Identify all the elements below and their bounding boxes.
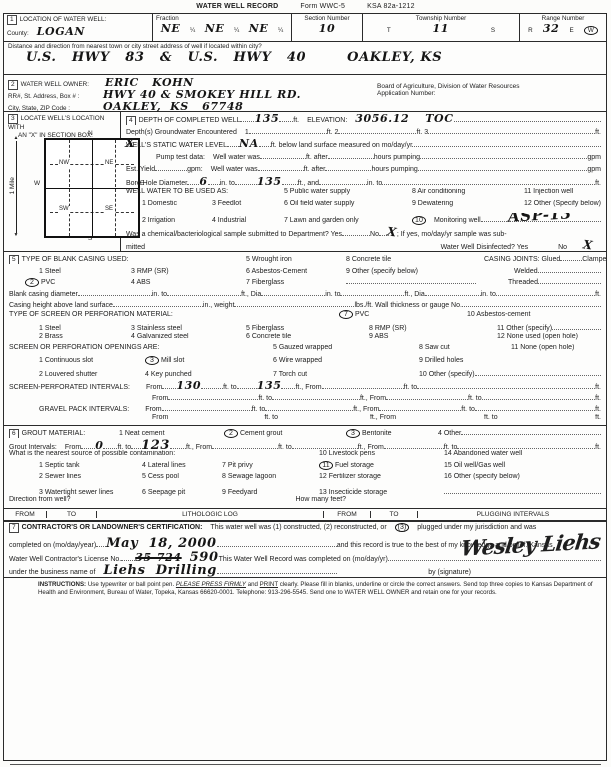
screen-option-5: 5 Fiberglass [246, 325, 369, 332]
range-value: 32 [543, 22, 560, 35]
contam-option-14: 14 Abandoned water well [444, 450, 522, 457]
casing-option-7: 7 Fiberglass [246, 279, 346, 286]
casing-diameter-label: Blank casing diameter [9, 291, 78, 298]
use-option-1: 1 Domestic [142, 200, 212, 207]
instructions-text-2: clearly. Please fill in blanks, underlin… [280, 581, 586, 588]
static-level-rest: ft. below land surface measured on mo/da… [271, 142, 413, 149]
quadrant-sw-label: SW [58, 206, 70, 214]
screen-interval-to-value: 135 [257, 379, 282, 391]
screen-option-1: 1 Steel [39, 325, 131, 332]
header-from: FROM [4, 511, 47, 518]
opening-option-7: 7 Torch cut [273, 371, 419, 378]
instructions-print-word: PRINT [260, 581, 278, 588]
grout-option-3-circled: 3 [346, 429, 360, 438]
elevation-toc: TOC [425, 112, 453, 125]
opening-option-1: 1 Continuous slot [39, 357, 145, 364]
cert-completed-on-label: completed on (mo/day/year) [9, 542, 96, 549]
spi2-ftfrom-word: ft., From [360, 395, 386, 402]
diam-into-1: in. to [152, 291, 167, 298]
quadrant-se-label: SE [104, 206, 114, 214]
opening-option-10: 10 Other (specify) [419, 371, 475, 378]
diam-ftdia-2: ft., Dia [404, 291, 424, 298]
county-value: LOGAN [37, 25, 85, 38]
screen-material-title: TYPE OF SCREEN OR PERFORATION MATERIAL: [9, 311, 339, 318]
feet-question: How many feet? [295, 496, 346, 503]
instructions-block: INSTRUCTIONS: Use typewriter or ball poi… [4, 577, 606, 598]
section1-title: LOCATION OF WATER WELL: [20, 16, 107, 23]
grout-option-2-label: Cement grout [240, 430, 282, 437]
section4-completed-well: 4DEPTH OF COMPLETED WELL135ft.ELEVATION:… [121, 112, 606, 251]
contam-option-1: 1 Septic tank [39, 462, 142, 469]
section5-casing: 5TYPE OF BLANK CASING USED:5 Wrought iro… [4, 251, 606, 425]
instructions-text-1: Use typewriter or ball point pen. [88, 581, 174, 588]
use-option-10-circled: 10 [412, 216, 426, 225]
opening-option-2: 2 Louvered shutter [39, 371, 145, 378]
sample-question: Was a chemical/bacteriological sample su… [126, 231, 342, 238]
gpi-ft-end: ft. [595, 406, 601, 413]
screen-option-8: 8 RMP (SR) [369, 325, 497, 332]
casing-joints-threaded: Threaded [508, 279, 538, 286]
range-label: Range Number [523, 15, 603, 22]
header-to: TO [47, 511, 97, 518]
use-other-value: ASP-13 [508, 213, 572, 226]
use-option-11: 11 Injection well [524, 188, 573, 195]
section3-locate-box: 3LOCATE WELL'S LOCATION WITH AN "X" IN S… [4, 112, 121, 251]
section1-location-row: 1LOCATION OF WATER WELL: County:LOGAN Fr… [4, 14, 606, 41]
use-option-9: 9 Dewatering [412, 200, 524, 207]
spi2-ftto-word: ft. to [258, 395, 272, 402]
depth-completed-label: DEPTH OF COMPLETED WELL [139, 117, 241, 124]
contam-option-12: 12 Fertilizer storage [319, 473, 444, 480]
pump-d: gpm [587, 154, 601, 161]
gpi-ftfrom-word: ft., From [353, 406, 379, 413]
grout-option-3-label: Bentonite [362, 430, 392, 437]
gpi-ftto-word: ft. to [252, 406, 266, 413]
contam-option-6: 6 Seepage pit [142, 489, 222, 496]
cert-plugged-3-circled: (3) [395, 523, 410, 532]
casing-option-2-circled: 2 [25, 278, 39, 287]
screen-option-11: 11 Other (specify) [497, 325, 552, 332]
contam-option-16: 16 Other (specify below) [444, 473, 520, 480]
depth-completed-value: 135 [254, 112, 279, 125]
pump-a: Well water was [213, 154, 260, 161]
range-cell: Range Number R 32 E W [520, 14, 606, 41]
township-cell: Township Number T 11 S [363, 14, 520, 41]
spi2-ft-end: ft. [595, 395, 601, 402]
opening-option-3-circled: 3 [145, 356, 159, 365]
bore-into: in. to [220, 180, 235, 187]
casing-option-8: 8 Concrete tile [346, 256, 484, 263]
sample-mitted-continuation: mitted [126, 244, 145, 251]
spi-ftfrom-word: ft., From [295, 384, 321, 391]
sample-no-x-mark: X [386, 225, 398, 238]
contam-option-5: 5 Cess pool [142, 473, 222, 480]
pump-test-label: Pump test data: [156, 154, 205, 161]
gpi2-from-word: From [152, 414, 168, 421]
township-t: T [387, 27, 391, 34]
cert-business-name-label: under the business name of [9, 569, 95, 576]
compass-north-label: N [88, 130, 93, 138]
fraction-q2: NE [205, 22, 225, 35]
bore-into2: in. to [367, 180, 382, 187]
one-mile-scale: ▲ ▼ 1 Mile [10, 136, 24, 238]
cert-license-label: Water Well Contractor's License No. [9, 556, 121, 563]
instructions-and-word: and [248, 581, 258, 588]
contam-option-15: 15 Oil well/Gas well [444, 462, 505, 469]
grout-interval-to-value: 123 [141, 438, 170, 450]
screen-intervals-label: SCREEN-PERFORATED INTERVALS: [9, 384, 130, 391]
screen-option-7-label: PVC [355, 311, 369, 318]
gpi-from-word: From [145, 406, 161, 413]
disinfected-no-x-mark: X [582, 238, 594, 251]
section7-number: 7 [9, 523, 19, 533]
screen-option-12: 12 None used (open hole) [497, 333, 578, 340]
screen-option-2: 2 Brass [39, 333, 131, 340]
depth-unit: ft. [293, 117, 299, 124]
casing-weight-label: in., weight [203, 302, 235, 309]
section5-number: 5 [9, 255, 19, 264]
contam-option-4: 4 Lateral lines [142, 462, 222, 469]
contam-option-13: 13 Insecticide storage [319, 489, 444, 496]
spi2-ftto2-word: ft. to [468, 395, 482, 402]
grout-option-2-circled: 2 [224, 429, 238, 438]
contam-option-2: 2 Sewer lines [39, 473, 142, 480]
casing-title: TYPE OF BLANK CASING USED: [22, 256, 129, 263]
groundwater-label: Depth(s) Groundwater Encountered [126, 129, 237, 136]
bore-ft: ft. [595, 180, 601, 187]
fraction-cell: Fraction NE¼ NE¼ NE¼ [153, 14, 292, 41]
use-option-12: 12 Other (Specify below) [524, 200, 601, 207]
document-title: WATER WELL RECORD [196, 3, 278, 10]
grout-option-4: 4 Other [438, 430, 461, 437]
range-w-circled: W [584, 26, 598, 35]
county-label: County: [7, 30, 29, 37]
fraction-label: Fraction [156, 15, 288, 22]
pump-b: ft. after [306, 154, 328, 161]
contam-option-3: 3 Watertight sewer lines [39, 489, 142, 496]
use-option-5: 5 Public water supply [284, 188, 412, 195]
use-option-10-label: Monitoring well [434, 217, 481, 224]
casing-joints-welded: Welded [514, 268, 538, 275]
scan-bottom-edge [10, 764, 601, 765]
gpi2-ftto-word: ft. to [264, 414, 278, 421]
board-label: Board of Agriculture, Division of Water … [377, 83, 602, 90]
opening-option-3-label: Mill slot [161, 357, 184, 364]
casing-height-label: Casing height above land surface [9, 302, 113, 309]
casing-option-2-label: PVC [41, 279, 55, 286]
disinfected-no-label: No [558, 244, 567, 251]
gpi2-ft-end: ft. [595, 414, 601, 421]
diam-ftdia-1: ft., Dia [241, 291, 261, 298]
cert-line1b: plugged under my jurisdiction and was [417, 524, 536, 531]
bore-depth-value: 135 [257, 175, 282, 188]
compass-west-label: W [34, 180, 40, 188]
log-table-header: FROM TO LITHOLOGIC LOG FROM TO PLUGGING … [4, 509, 606, 521]
contamination-question: What is the nearest source of possible c… [9, 450, 319, 457]
contam-option-9: 9 Feedyard [222, 489, 319, 496]
application-number-label: Application Number: [377, 90, 602, 97]
form-number: Form WWC-5 [300, 3, 345, 10]
elevation-value: 3056.12 [355, 112, 409, 125]
header-plugging-intervals: PLUGGING INTERVALS [418, 511, 606, 518]
casing-option-5: 5 Wrought iron [246, 256, 346, 263]
use-option-6: 6 Oil field water supply [284, 200, 412, 207]
township-s: S [491, 27, 495, 34]
scanned-water-well-record: WATER WELL RECORD Form WWC-5 KSA 82a-121… [0, 0, 611, 767]
casing-option-3: 3 RMP (SR) [131, 268, 246, 275]
gpi2-ftfrom-word: ft., From [370, 414, 396, 421]
range-r: R [528, 27, 533, 34]
use-option-2: 2 Irrigation [142, 217, 212, 224]
contam-option-11-circled: 11 [319, 461, 333, 470]
statute-number: KSA 82a-1212 [367, 3, 415, 10]
cert-business-name-value: Liehs Drilling [103, 563, 217, 576]
opening-option-6: 6 Wire wrapped [273, 357, 419, 364]
screen-option-10: 10 Asbestos-cement [467, 311, 530, 318]
header-from-2: FROM [324, 511, 371, 518]
quadrant-nw-label: NW [58, 160, 70, 168]
grout-title: GROUT MATERIAL: [22, 430, 86, 437]
opening-option-9: 9 Drilled holes [419, 357, 463, 364]
yield-label: Est. Yield [126, 166, 155, 173]
use-option-3: 3 Feedlot [212, 200, 284, 207]
yield-b: Well water was [211, 166, 258, 173]
grout-option-1: 1 Neat cement [119, 430, 224, 437]
owner-city-label: City, State, ZIP Code : [8, 105, 103, 112]
use-option-4: 4 Industrial [212, 217, 284, 224]
one-mile-label: 1 Mile [9, 177, 17, 194]
spi2-from-word: From [152, 395, 168, 402]
spi-ft-end: ft. [595, 384, 601, 391]
contam-option-11-label: Fuel storage [335, 462, 374, 469]
certification-title: CONTRACTOR'S OR LANDOWNER'S CERTIFICATIO… [22, 524, 203, 531]
lithologic-log-table: FROM TO LITHOLOGIC LOG FROM TO PLUGGING … [4, 508, 606, 521]
document-header: WATER WELL RECORD Form WWC-5 KSA 82a-121… [0, 0, 611, 10]
casing-option-9: 9 Other (specify below) [346, 268, 484, 275]
township-label: Township Number [366, 15, 516, 22]
bore-rest: ft., and [298, 180, 319, 187]
spi-from-word: From [146, 384, 162, 391]
gw-ft3: ft. [595, 129, 601, 136]
section2-owner: 2WATER WELL OWNER:ERIC KOHN RR#, St. Add… [4, 74, 606, 111]
section3-number: 3 [8, 114, 18, 124]
gravel-pack-label: GRAVEL PACK INTERVALS: [39, 406, 129, 413]
casing-joints-label: CASING JOINTS: Glued [484, 256, 560, 263]
county-cell: 1LOCATION OF WATER WELL: County:LOGAN [4, 14, 153, 41]
owner-label: WATER WELL OWNER: [21, 81, 89, 88]
diam-ft-3: ft. [595, 291, 601, 298]
contam-option-10: 10 Livestock pens [319, 450, 444, 457]
range-e: E [570, 27, 574, 34]
openings-title: SCREEN OR PERFORATION OPENINGS ARE: [9, 344, 273, 351]
screen-option-9: 9 ABS [369, 333, 497, 340]
form-body: 1LOCATION OF WATER WELL: County:LOGAN Fr… [3, 13, 607, 761]
section2-number: 2 [8, 80, 18, 90]
cert-signature-label: by (signature) [428, 569, 471, 576]
cert-record-completed-label: This Water Well Record was completed on … [219, 556, 388, 563]
cert-date-value: May 18, 2000 [106, 536, 217, 549]
distance-question: Distance and direction from nearest town… [8, 43, 602, 50]
contam-option-7: 7 Pit privy [222, 462, 319, 469]
gw-ft1: ft. 2 [327, 129, 339, 136]
elevation-label: ELEVATION: [307, 117, 347, 124]
gi-ft-end: ft. [595, 444, 601, 450]
quarter-symbol-2: ¼ [234, 27, 239, 34]
opening-option-4: 4 Key punched [145, 371, 273, 378]
section-number-label: Section Number [295, 15, 359, 22]
well-location-x-mark: X [125, 140, 135, 148]
quarter-symbol-1: ¼ [190, 27, 195, 34]
opening-option-8: 8 Saw cut [419, 344, 511, 351]
cert-license-struck-value: 35-724 [135, 551, 181, 563]
bore-label: Bore Hole Diameter [126, 180, 187, 187]
yield-a: gpm: [187, 166, 203, 173]
yield-d: hours pumping [371, 166, 417, 173]
bore-diameter-value: 6 [199, 175, 207, 188]
screen-option-6: 6 Concrete tile [246, 333, 369, 340]
casing-joints-clamped: Clamped [582, 256, 606, 263]
screen-option-3: 3 Stainless steel [131, 325, 246, 332]
township-value: 11 [433, 22, 450, 35]
distance-value: U.S. HWY 83 & U.S. HWY 40 OAKLEY, KS [8, 50, 602, 65]
header-lithologic-log: LITHOLOGIC LOG [97, 511, 324, 518]
casing-lbs-label: lbs./ft. Wall thickness or gauge No. [354, 302, 462, 309]
owner-address-label: RR#, St. Address, Box # : [8, 93, 103, 100]
opening-option-5: 5 Gauzed wrapped [273, 344, 419, 351]
yield-c: ft. after [304, 166, 326, 173]
fraction-q1: NE [161, 22, 181, 35]
use-option-8: 8 Air conditioning [412, 188, 524, 195]
sample-no-label: No [370, 231, 379, 238]
disinfected-question: Water Well Disinfected? Yes [441, 244, 529, 251]
use-label: WELL WATER TO BE USED AS: [126, 188, 284, 195]
screen-interval-from-value: 130 [176, 379, 201, 391]
fraction-q3: NE [249, 22, 269, 35]
diam-into-2: in. to [325, 291, 340, 298]
section6-number: 6 [9, 429, 19, 438]
screen-option-7-circled: 7 [339, 310, 353, 319]
gpi2-ftto2-word: ft. to [484, 414, 498, 421]
static-level-label: WELL'S STATIC WATER LEVEL [126, 142, 227, 149]
spi-ftto2-word: ft. to [404, 384, 418, 391]
pump-c: hours pumping [374, 154, 420, 161]
header-to-2: TO [371, 511, 418, 518]
opening-option-11: 11 None (open hole) [511, 344, 574, 351]
cert-line1a: This water well was (1) constructed, (2)… [210, 524, 386, 531]
diam-into-3: in. to [481, 291, 496, 298]
static-level-value: NA [239, 137, 259, 150]
gw-ft2: ft. 3 [416, 129, 428, 136]
instructions-press-firmly: PLEASE PRESS FIRMLY [176, 581, 246, 588]
section3-title-line1: LOCATE WELL'S LOCATION WITH [8, 115, 104, 131]
use-option-7: 7 Lawn and garden only [284, 217, 412, 224]
cert-license-value: 590 [190, 550, 219, 563]
yield-e: gpm [587, 166, 601, 173]
section4-number: 4 [126, 116, 136, 125]
casing-option-6: 6 Asbestos-Cement [246, 268, 346, 275]
screen-option-4: 4 Galvanized steel [131, 333, 246, 340]
gpi-ftto2-word: ft. to [461, 406, 475, 413]
section-number-cell: Section Number 10 [292, 14, 363, 41]
sample-rest: ; If yes, mo/day/yr sample was sub- [397, 231, 507, 238]
spi-ftto-word: ft. to [223, 384, 237, 391]
quarter-symbol-3: ¼ [278, 27, 283, 34]
arrow-down-icon: ▼ [14, 232, 19, 240]
section7-certification: Wesley Liehs 7CONTRACTOR'S OR LANDOWNER'… [4, 521, 606, 577]
section-number-value: 10 [295, 22, 359, 35]
casing-option-1: 1 Steel [39, 268, 131, 275]
section1-number: 1 [7, 15, 17, 25]
casing-option-4: 4 ABS [131, 279, 246, 286]
instructions-label: INSTRUCTIONS: [38, 581, 86, 588]
quadrant-ne-label: NE [104, 160, 114, 168]
distance-direction-block: Distance and direction from nearest town… [4, 41, 606, 74]
grout-interval-from-value: 0 [95, 439, 103, 450]
section6-grout: 6GROUT MATERIAL:1 Neat cement2 Cement gr… [4, 425, 606, 508]
direction-question: Direction from well? [9, 496, 70, 503]
contam-option-8: 8 Sewage lagoon [222, 473, 319, 480]
